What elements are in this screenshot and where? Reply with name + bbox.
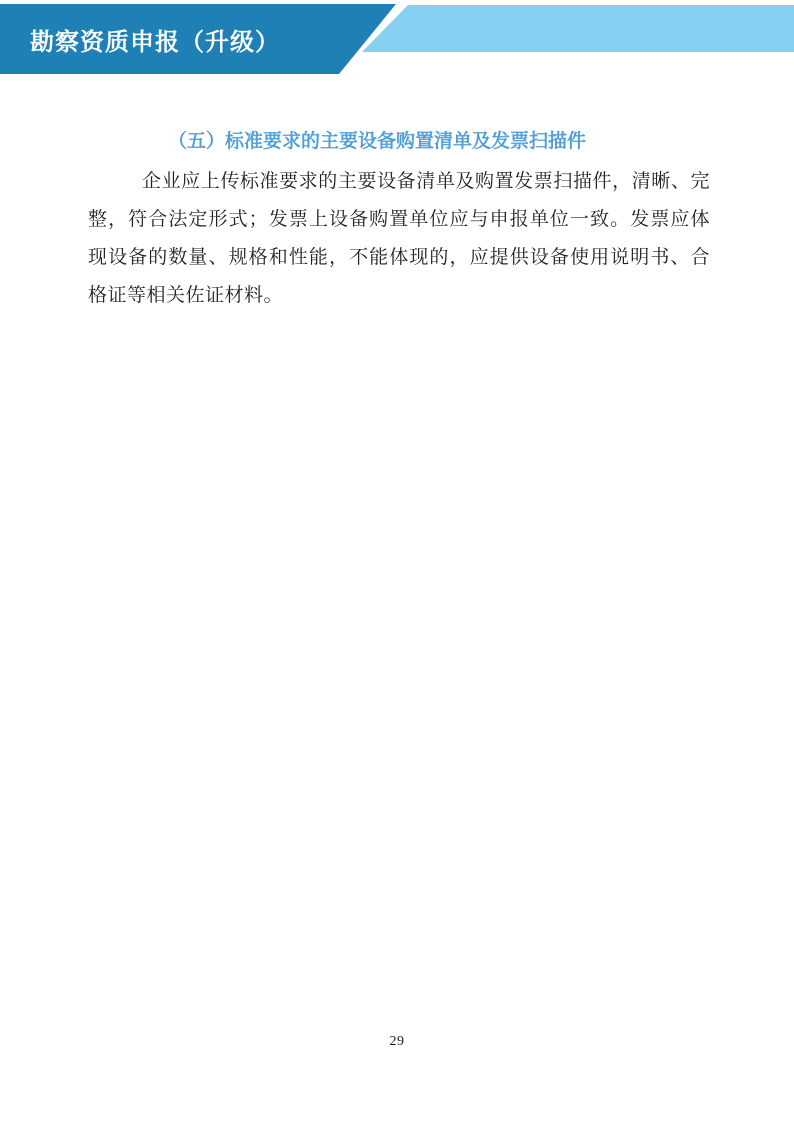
header-banner: 勘察资质申报（升级） xyxy=(0,4,396,74)
header-title: 勘察资质申报（升级） xyxy=(0,22,280,57)
body-paragraph: 企业应上传标准要求的主要设备清单及购置发票扫描件，清晰、完整，符合法定形式；发票… xyxy=(88,163,710,315)
document-page: 勘察资质申报（升级） （五）标准要求的主要设备购置清单及发票扫描件 企业应上传标… xyxy=(0,0,794,1123)
section-heading: （五）标准要求的主要设备购置清单及发票扫描件 xyxy=(168,131,586,153)
page-number: 29 xyxy=(390,1034,405,1049)
header-light-band xyxy=(362,5,794,52)
page-footer: 29 xyxy=(0,1032,794,1050)
